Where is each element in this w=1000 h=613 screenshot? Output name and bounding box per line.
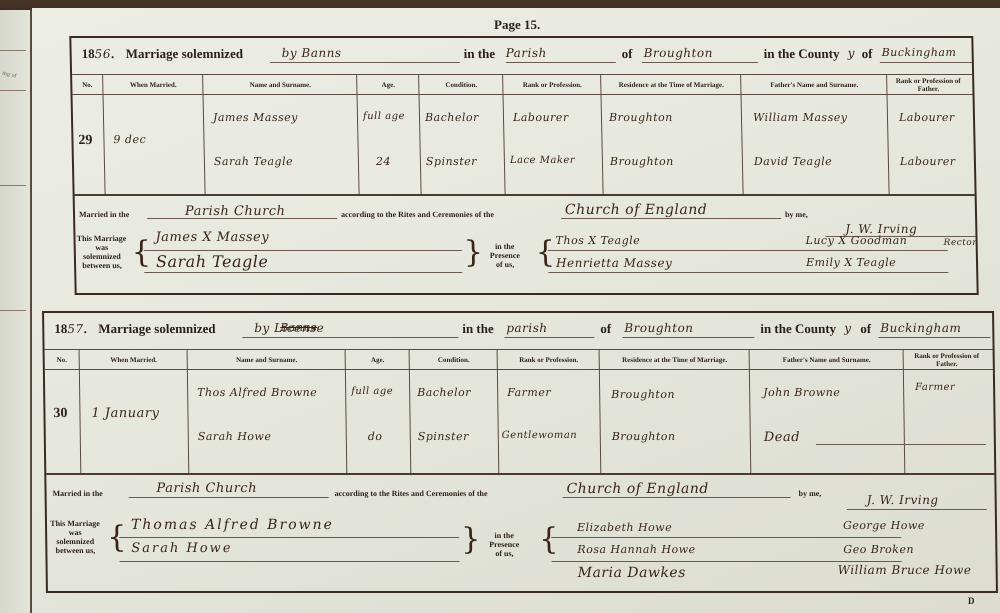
groom-name: James Massey [213,111,298,124]
groom-father-rank: Labourer [899,111,955,124]
witness: Thos X Teagle [555,234,640,247]
col-header-father-rank: Rank or Profession of Father. [905,352,989,368]
groom-father: William Massey [753,111,848,124]
year-prefix: 18 [54,321,67,336]
bride-father: David Teagle [754,155,833,168]
fill-line [552,561,902,562]
year-suffix: 56 [95,47,112,61]
bride-rank: Lace Maker [510,155,575,166]
label-line: Presence [476,251,534,260]
column-rule [102,75,106,195]
col-header-when: When Married. [81,356,187,364]
groom-residence: Broughton [609,111,673,124]
groom-rank: Labourer [513,111,569,124]
column-rule [502,75,506,195]
entry-number: 30 [53,406,67,422]
label-line: was [70,243,134,252]
bride-name: Sarah Howe [198,430,272,443]
year-label: 1856. [81,46,114,62]
label-this-marriage: This Marriage was solemnized between us, [43,519,108,555]
col-header-no: No. [72,81,102,89]
witness: Maria Dawkes [578,565,686,581]
col-header-age: Age. [358,81,418,89]
label-married-in-the: Married in the [53,489,103,498]
place: Broughton [624,321,693,335]
col-header-father: Father's Name and Surname. [742,81,886,89]
witness: William Bruce Howe [838,563,972,577]
brace-witnesses: { [539,525,559,555]
bride-father-rank: Labourer [900,155,956,168]
marriage-entry-29: 1856. Marriage solemnized by Banns in th… [69,36,978,295]
label-marriage-solemnized: Marriage solemnized [125,46,243,62]
label-according-to: according to the Rites and Ceremonies of… [341,210,494,219]
ruled-line [0,50,26,51]
label-line: in the [475,531,533,540]
groom-condition: Bachelor [425,111,479,124]
bride-father: Dead [764,430,800,445]
fill-line [504,337,594,338]
ruled-line [0,310,26,311]
groom-age: full age [351,386,393,397]
solemnized-by: by Banns [281,46,341,60]
label-according-to: according to the Rites and Ceremonies of… [335,489,488,498]
groom-residence: Broughton [611,388,675,401]
signature-groom: Thomas Alfred Browne [131,517,334,533]
fill-line [880,62,972,63]
col-header-father-rank: Rank or Profession of Father. [888,77,968,93]
facing-page-fragment: ing of [2,71,17,80]
year-label: 1857. [54,321,87,337]
label-in-the: in the [463,46,495,62]
rites: Church of England [565,202,708,218]
fill-line [642,62,758,63]
married-in: Parish Church [185,204,286,219]
witness: George Howe [843,519,925,532]
county-suffix: y [844,321,851,335]
label-by-me: by me, [799,489,822,498]
label-married-in-the: Married in the [79,210,129,219]
label-line: This Marriage [43,519,107,528]
signature-bride: Sarah Howe [131,541,232,556]
column-rule [202,75,206,195]
column-rule [600,75,604,195]
witness: Rosa Hannah Howe [577,543,695,556]
label-line: Presence [475,540,533,549]
bride-rank: Gentlewoman [502,430,578,441]
ruled-line [0,90,26,91]
signature-groom: James X Massey [155,230,269,245]
register-page: Page 15. 1856. Marriage solemnized by Ba… [32,8,1000,613]
groom-rank: Farmer [507,386,551,399]
rites: Church of England [566,481,709,497]
column-rule [740,75,744,195]
county: Buckingham [881,46,956,59]
district-type: parish [506,321,547,335]
col-header-rank: Rank or Profession. [499,356,599,364]
witness: Lucy X Goodman [805,234,907,247]
witness: Elizabeth Howe [577,521,672,534]
bride-residence: Broughton [610,155,674,168]
district-type: Parish [505,46,546,60]
fill-line [147,218,337,219]
married-in: Parish Church [156,481,257,496]
groom-name: Thos Alfred Browne [197,386,317,399]
county-suffix: y [847,46,855,60]
groom-father-rank: Farmer [915,382,955,393]
dash-line [816,444,986,445]
year-prefix: 18 [81,46,94,61]
entry-table: No. When Married. Name and Surname. Age.… [72,74,975,195]
col-header-name: Name and Surname. [189,356,345,364]
label-line: of us, [476,260,534,269]
section-rule [75,194,975,196]
col-header-father: Father's Name and Surname. [751,356,903,364]
fill-line [622,337,754,338]
facing-page-edge: ing of [0,10,32,613]
fill-line [551,537,901,538]
entry-number: 29 [78,133,92,149]
fill-line [847,509,987,510]
label-line: between us, [70,261,134,270]
label-of: of [600,321,611,337]
signature-bride: Sarah Teagle [156,252,269,271]
solemnized-by: by License [254,321,324,335]
brace-left: { [132,238,152,268]
label-line: This Marriage [69,234,133,243]
section-rule [46,473,994,475]
officiant-title: Rector [944,238,978,248]
marriage-entry-30: 1857. Marriage solemnized Banns by Licen… [42,311,998,593]
label-in-presence: in the Presence of us, [475,531,533,558]
page-number: Page 15. [494,17,540,33]
label-this-marriage: This Marriage was solemnized between us, [69,234,134,270]
brace-left: { [107,523,127,553]
fill-line [242,337,458,338]
fill-line [561,218,781,219]
col-header-residence: Residence at the Time of Marriage. [601,356,749,364]
label-in-the-county: in the County [760,321,836,337]
entry-table: No. When Married. Name and Surname. Age.… [45,349,995,474]
officiant: J. W. Irving [867,493,939,507]
label-line: in the [476,242,534,251]
col-header-no: No. [45,356,79,364]
fill-line [878,337,990,338]
when-married: 1 January [91,406,159,421]
ruled-line [0,185,26,186]
column-rule [418,75,422,195]
label-line: was [43,528,107,537]
label-in-the: in the [462,321,494,337]
label-of: of [621,46,632,62]
groom-condition: Bachelor [417,386,471,399]
col-header-rank: Rank or Profession. [504,81,600,89]
witness: Emily X Teagle [806,256,896,269]
county: Buckingham [880,321,961,335]
header-rule [73,94,973,95]
bride-residence: Broughton [612,430,676,443]
col-header-condition: Condition. [411,356,497,364]
bride-condition: Spinster [418,430,469,443]
witness: Geo Broken [843,543,914,556]
bride-name: Sarah Teagle [214,155,293,168]
bride-age: do [368,430,383,443]
label-line: between us, [43,546,107,555]
bride-condition: Spinster [426,155,477,168]
fill-line [129,497,329,498]
label-of: of [860,321,871,337]
when-married: 9 dec [113,133,146,146]
col-header-age: Age. [347,356,409,364]
fill-line [548,250,948,251]
groom-father: John Browne [763,386,840,399]
col-header-condition: Condition. [420,81,502,89]
footer-mark: D [968,596,975,606]
place: Broughton [643,46,712,60]
label-in-presence: in the Presence of us, [476,242,535,269]
label-line: solemnized [70,252,134,261]
witness: Henrietta Massey [556,256,673,270]
fill-line [144,272,462,273]
fill-line [120,561,460,562]
brace-witnesses: { [536,238,556,268]
col-header-when: When Married. [104,81,202,89]
column-rule [886,75,890,195]
col-header-name: Name and Surname. [204,81,356,89]
label-line: of us, [475,549,533,558]
fill-line [144,250,462,251]
bride-age: 24 [376,155,391,168]
fill-line [548,272,948,273]
fill-line [270,62,460,63]
groom-age: full age [363,111,405,122]
col-header-residence: Residence at the Time of Marriage. [602,81,740,89]
column-rule [356,75,360,195]
year-suffix: 57 [67,322,83,336]
fill-line [506,62,616,63]
label-of: of [861,46,872,62]
label-in-the-county: in the County [763,46,839,62]
label-marriage-solemnized: Marriage solemnized [98,321,216,337]
label-line: solemnized [43,537,107,546]
fill-line [119,537,459,538]
fill-line [563,497,791,498]
label-by-me: by me, [785,210,808,219]
